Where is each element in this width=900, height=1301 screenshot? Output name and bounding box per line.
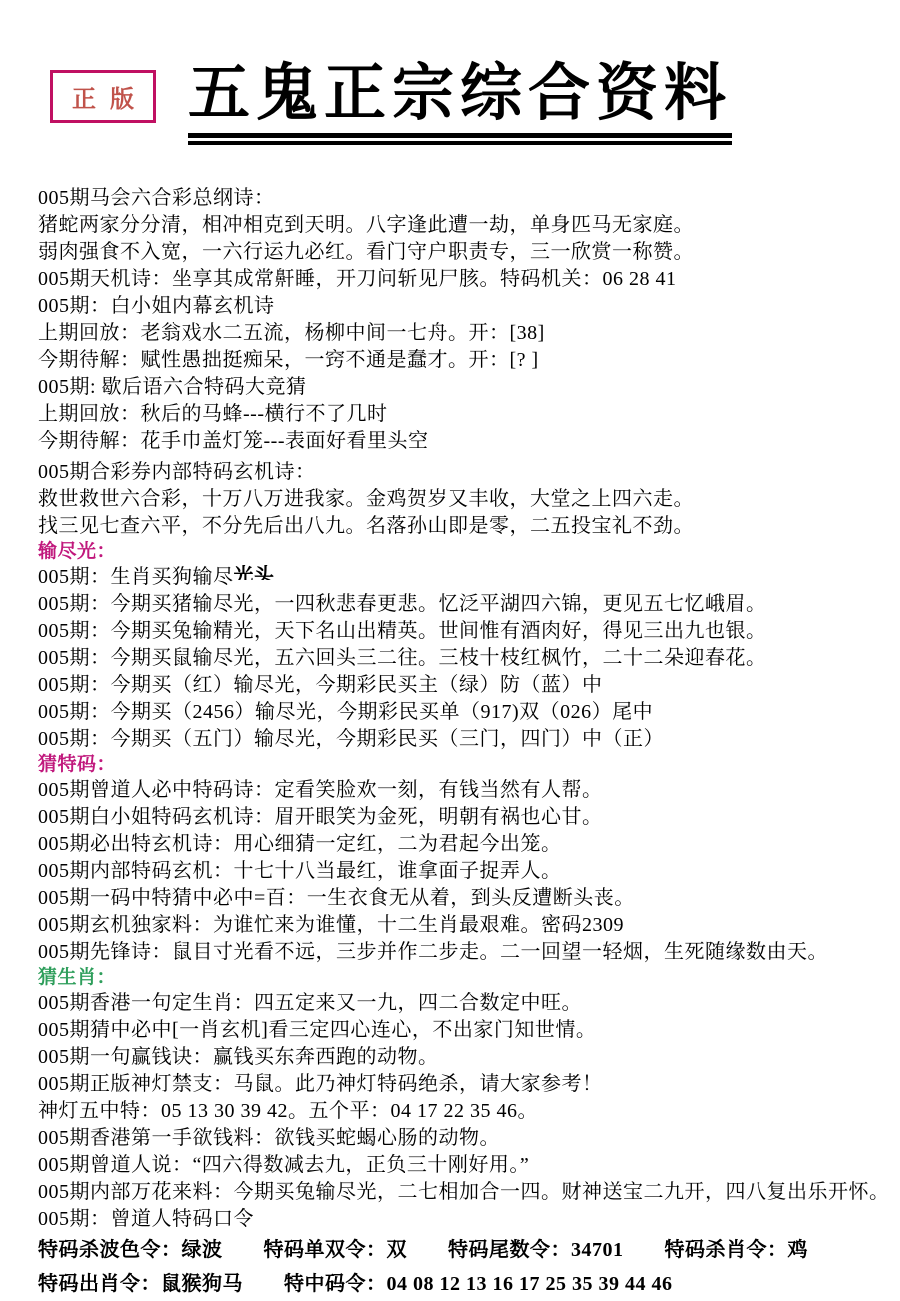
text-line: 005期：生肖买狗输尽光头 (38, 564, 888, 591)
text-line: 特码杀波色令：绿波 特码单双令：双 特码尾数令：34701 特码杀肖令：鸡 (38, 1233, 888, 1267)
text-line: 005期：白小姐内幕玄机诗 (38, 293, 888, 320)
text-line: 005期内部特码玄机：十七十八当最红，谁拿面子捉弄人。 (38, 858, 888, 885)
authentic-badge-label: 正版 (72, 79, 148, 114)
text-line: 找三见七查六平，不分先后出八九。名落孙山即是零，二五投宝礼不劲。 (38, 513, 888, 540)
text-line: 005期：曾道人特码口令 (38, 1206, 888, 1233)
glitched-text: 光头 (234, 565, 275, 580)
text-line: 005期一句赢钱诀：赢钱买东奔西跑的动物。 (38, 1044, 888, 1071)
page-header: 正版 五鬼正宗综合资料 (0, 62, 900, 178)
text-line: 今期待解：花手巾盖灯笼---表面好看里头空 (38, 428, 888, 455)
text-line: 005期香港一句定生肖：四五定来又一九，四二合数定中旺。 (38, 990, 888, 1017)
text-line: 005期先锋诗：鼠目寸光看不远，三步并作二步走。二一回望一轻烟，生死随缘数由天。 (38, 939, 888, 966)
text-line: 005期一码中特猜中必中=百：一生衣食无从着，到头反遭断头丧。 (38, 885, 888, 912)
text-line: 005期内部万花来料：今期买兔输尽光，二七相加合一四。财神送宝二九开，四八复出乐… (38, 1179, 888, 1206)
text-line: 特码出肖令：鼠猴狗马 特中码令：04 08 12 13 16 17 25 35 … (38, 1267, 888, 1301)
text-line: 005期猜中必中[一肖玄机]看三定四心连心，不出家门知世情。 (38, 1017, 888, 1044)
text-line: 猜生肖： (38, 966, 888, 990)
text-line: 005期曾道人必中特码诗：定看笑脸欢一刻，有钱当然有人帮。 (38, 777, 888, 804)
authentic-badge: 正版 (50, 70, 156, 123)
text-line: 005期：今期买鼠输尽光，五六回头三二往。三枝十枝红枫竹，二十二朵迎春花。 (38, 645, 888, 672)
page-title: 五鬼正宗综合资料 (188, 62, 732, 138)
text-line: 上期回放：老翁戏水二五流，杨柳中间一七舟。开：[38] (38, 320, 888, 347)
document-body: 005期马会六合彩总纲诗：猪蛇两家分分清，相冲相克到天明。八字逢此遭一劫，单身匹… (38, 178, 888, 1301)
text-line: 005期必出特玄机诗：用心细猜一定红，二为君起今出笼。 (38, 831, 888, 858)
text-line: 005期马会六合彩总纲诗： (38, 185, 888, 212)
text-line: 005期：今期买兔输精光，天下名山出精英。世间惟有酒肉好，得见三出九也银。 (38, 618, 888, 645)
text-line: 弱肉强食不入宽，一六行运九必红。看门守户职责专，三一欣赏一称赞。 (38, 239, 888, 266)
text-line: 005期合彩券内部特码玄机诗： (38, 459, 888, 486)
text-line: 005期曾道人说：“四六得数减去九，正负三十刚好用。” (38, 1152, 888, 1179)
text-line: 005期：今期买（五门）输尽光，今期彩民买（三门，四门）中（正） (38, 726, 888, 753)
text-line: 005期玄机独家料：为谁忙来为谁懂，十二生肖最艰难。密码2309 (38, 912, 888, 939)
text-line: 005期：今期买猪输尽光，一四秋悲春更悲。忆泛平湖四六锦，更见五七忆峨眉。 (38, 591, 888, 618)
text-line: 输尽光： (38, 540, 888, 564)
text-line: 005期：今期买（红）输尽光，今期彩民买主（绿）防（蓝）中 (38, 672, 888, 699)
text-line: 猜特码： (38, 753, 888, 777)
text-line: 神灯五中特：05 13 30 39 42。五个平：04 17 22 35 46。 (38, 1098, 888, 1125)
text-line: 005期：今期买（2456）输尽光，今期彩民买单（917)双（026）尾中 (38, 699, 888, 726)
text-line: 今期待解：赋性愚拙挺痴呆，一窍不通是蠢才。开：[? ] (38, 347, 888, 374)
text-line: 猪蛇两家分分清，相冲相克到天明。八字逢此遭一劫，单身匹马无家庭。 (38, 212, 888, 239)
text-line: 005期香港第一手欲钱料：欲钱买蛇蝎心肠的动物。 (38, 1125, 888, 1152)
text-line: 005期天机诗：坐享其成常鼾睡，开刀问斩见尸胲。特码机关：06 28 41 (38, 266, 888, 293)
text-line: 005期: 歇后语六合特码大竞猜 (38, 374, 888, 401)
title-underline: 五鬼正宗综合资料 (188, 62, 732, 145)
text-line: 上期回放：秋后的马蜂---横行不了几时 (38, 401, 888, 428)
text-line: 005期正版神灯禁支：马鼠。此乃神灯特码绝杀，请大家参考！ (38, 1071, 888, 1098)
text-line: 005期白小姐特码玄机诗：眉开眼笑为金死，明朝有祸也心甘。 (38, 804, 888, 831)
text-line: 救世救世六合彩，十万八万进我家。金鸡贺岁又丰收，大堂之上四六走。 (38, 486, 888, 513)
